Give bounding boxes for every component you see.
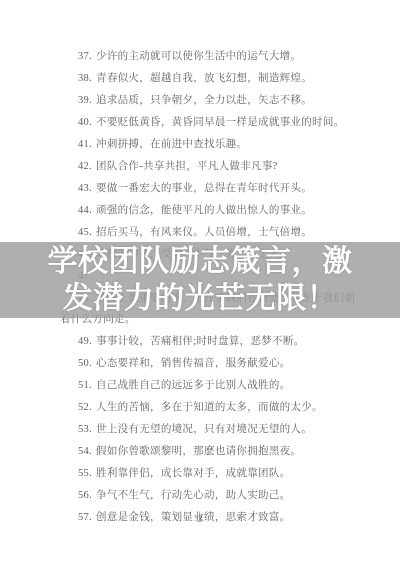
quote-text: 争气不生气，行动先心动，助人实助己。: [96, 490, 290, 501]
quote-item: 45.招后买马，有风来仪。人员倍增，士气倍增。: [60, 222, 356, 243]
quote-text: 追求品质，只争朝夕，全力以赴，矢志不移。: [96, 95, 312, 106]
quote-text: 顽强的信念，能使平凡的人做出惊人的事业。: [96, 205, 312, 216]
overlay-title-line1: 学校团队励志箴言，激: [48, 243, 353, 280]
quote-number: 49.: [78, 336, 92, 347]
quote-item: 44.顽强的信念，能使平凡的人做出惊人的事业。: [60, 200, 356, 221]
quote-text: 事事计较，苦痛相伴;时时盘算，恶梦不断。: [96, 336, 304, 347]
quote-item: 49.事事计较，苦痛相伴;时时盘算，恶梦不断。: [60, 331, 356, 352]
quote-item: 55.胜利靠伴侣，成长靠对手，成就靠团队。: [60, 463, 356, 484]
quote-item: 37.少许的主动就可以使你生活中的运气大增。: [60, 46, 356, 67]
quote-number: 53.: [78, 424, 92, 435]
title-overlay-band: 学校团队励志箴言，激 发潜力的光芒无限！: [0, 242, 400, 318]
document-page: 37.少许的主动就可以使你生活中的运气大增。 38.青春似火，超越自我，放飞幻想…: [0, 0, 400, 566]
quote-number: 44.: [78, 205, 92, 216]
quote-text: 假如你曾歌颂黎明，那麽也请你拥抱黑夜。: [96, 446, 301, 457]
quote-number: 43.: [78, 183, 92, 194]
quote-item: 56.争气不生气，行动先心动，助人实助己。: [60, 485, 356, 506]
quote-text: 世上没有无望的境况，只有对境况无望的人。: [96, 424, 312, 435]
quote-item: 43.要做一番宏大的事业，总得在青年时代开头。: [60, 178, 356, 199]
page-number: 3: [0, 514, 400, 524]
quote-item: 50.心态要祥和，销售传福音，服务献爱心。: [60, 353, 356, 374]
quote-text: 胜利靠伴侣，成长靠对手，成就靠团队。: [96, 468, 290, 479]
quote-item: 38.青春似火，超越自我，放飞幻想，制造辉煌。: [60, 68, 356, 89]
quote-number: 52.: [78, 402, 92, 413]
quote-number: 42.: [78, 161, 92, 172]
quote-text: 要做一番宏大的事业，总得在青年时代开头。: [96, 183, 312, 194]
quote-text: 少许的主动就可以使你生活中的运气大增。: [96, 51, 301, 62]
quote-text: 冲刺拼搏，在前进中查找乐趣。: [96, 139, 247, 150]
quote-text: 心态要祥和，销售传福音，服务献爱心。: [96, 358, 290, 369]
quote-number: 41.: [78, 139, 92, 150]
quote-text: 不要贬低黄昏，黄昏同早晨一样是成就事业的时间。: [96, 117, 344, 128]
quote-number: 55.: [78, 468, 92, 479]
quote-item: 42.团队合作-共享共担，平凡人做非凡事?: [60, 156, 356, 177]
quote-item: 39.追求品质，只争朝夕，全力以赴，矢志不移。: [60, 90, 356, 111]
quote-item: 41.冲刺拼搏，在前进中查找乐趣。: [60, 134, 356, 155]
quote-number: 54.: [78, 446, 92, 457]
overlay-title-line2: 发潜力的光芒无限！: [63, 280, 338, 317]
quote-item: 51.自己战胜自己的远远多于比别人战胜的。: [60, 375, 356, 396]
quote-number: 39.: [78, 95, 92, 106]
quote-number: 45.: [78, 227, 92, 238]
quote-item: 52.人生的苦恼，多在于知道的太多，而做的太少。: [60, 397, 356, 418]
quote-item: 40.不要贬低黄昏，黄昏同早晨一样是成就事业的时间。: [60, 112, 356, 133]
quote-text: 青春似火，超越自我，放飞幻想，制造辉煌。: [96, 73, 312, 84]
quote-text: 招后买马，有风来仪。人员倍增，士气倍增。: [96, 227, 312, 238]
quote-item: 53.世上没有无望的境况，只有对境况无望的人。: [60, 419, 356, 440]
quote-number: 50.: [78, 358, 92, 369]
quote-text: 人生的苦恼，多在于知道的太多，而做的太少。: [96, 402, 323, 413]
quote-text: 自己战胜自己的远远多于比别人战胜的。: [96, 380, 290, 391]
quote-number: 38.: [78, 73, 92, 84]
quote-number: 37.: [78, 51, 92, 62]
quote-item: 54.假如你曾歌颂黎明，那麽也请你拥抱黑夜。: [60, 441, 356, 462]
quote-text: 团队合作-共享共担，平凡人做非凡事?: [96, 161, 278, 172]
quote-number: 40.: [78, 117, 92, 128]
quote-number: 56.: [78, 490, 92, 501]
quote-number: 51.: [78, 380, 92, 391]
